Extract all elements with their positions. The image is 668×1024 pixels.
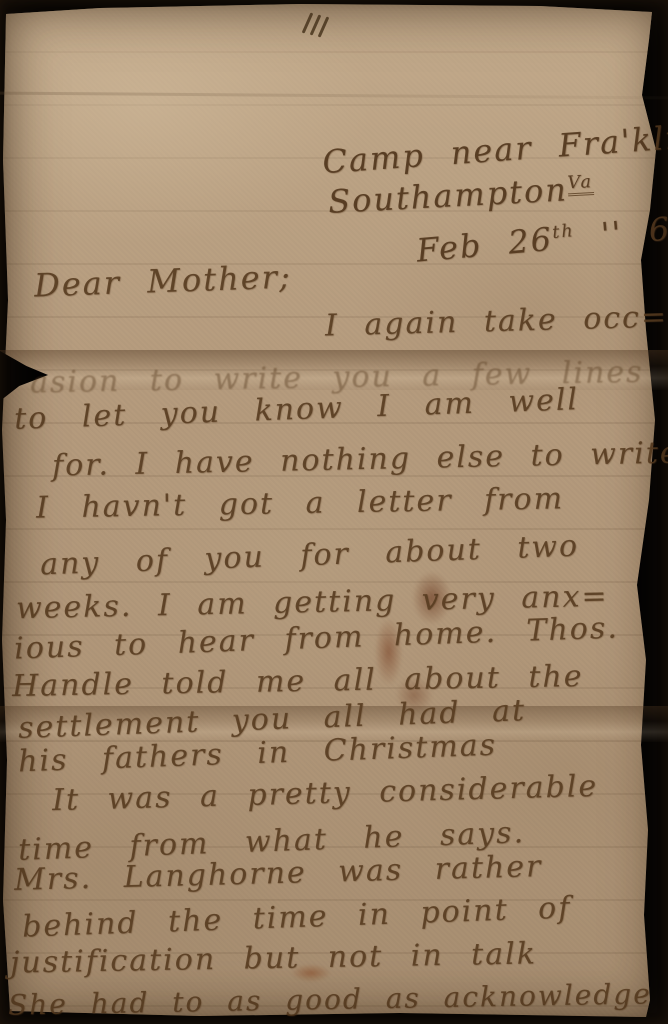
scanned-letter-page: Camp near Fra'klin SouthamptonVa Feb 26t…	[0, 0, 668, 1024]
letter-paper	[0, 0, 668, 1024]
